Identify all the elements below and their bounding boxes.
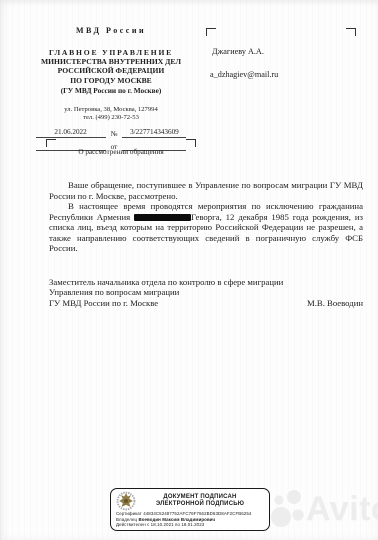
- certificate-label: Сертификат: [116, 511, 142, 516]
- document-page: МВД России ГЛАВНОЕ УПРАВЛЕНИЕ МИНИСТЕРСТ…: [0, 0, 378, 540]
- org-line-1: ГЛАВНОЕ УПРАВЛЕНИЕ: [30, 48, 192, 57]
- org-phone: тел. (499) 230-72-53: [30, 114, 192, 122]
- avito-watermark: Avito: [266, 486, 378, 532]
- e-signature-stamp: ДОКУМЕНТ ПОДПИСАН ЭЛЕКТРОННОЙ ПОДПИСЬЮ С…: [110, 488, 270, 531]
- addressee-email: a_dzhagiev@mail.ru: [210, 70, 278, 79]
- avito-watermark-text: Avito: [306, 490, 378, 529]
- letter-number: 3/227714343609: [122, 128, 186, 138]
- signer-position-line-1: Заместитель начальника отдела по контрол…: [49, 277, 363, 287]
- subject-field: О рассмотрении обращения: [46, 139, 196, 163]
- signer-position-line-2: Управления по вопросам миграции: [49, 287, 363, 297]
- corner-mark-left: [46, 139, 56, 147]
- org-name-top: МВД России: [30, 26, 192, 35]
- redacted-name-bar: [134, 214, 191, 221]
- letter-date: 21.06.2022: [36, 128, 106, 138]
- org-short-name: (ГУ МВД России по г. Москве): [30, 86, 192, 95]
- avito-logo-icon: [266, 486, 306, 532]
- addressee-block: Джагиеву А.А. a_dzhagiev@mail.ru: [206, 28, 356, 84]
- stamp-title-line-2: ЭЛЕКТРОННОЙ ПОДПИСЬЮ: [136, 501, 264, 508]
- corner-mark-right: [346, 28, 356, 36]
- paragraph-1: Ваше обращение, поступившее в Управление…: [49, 180, 363, 201]
- mvd-emblem-icon: [116, 491, 136, 511]
- stamp-title-line-1: ДОКУМЕНТ ПОДПИСАН: [136, 494, 264, 501]
- addressee-name: Джагиеву А.А.: [212, 47, 264, 56]
- certificate-value: 44834C52487752AFC76F7662BD63D8AF2CFB6254: [143, 511, 251, 516]
- signer-name: М.В. Воеводин: [307, 298, 363, 308]
- corner-mark-left: [206, 28, 216, 36]
- org-line-2: МИНИСТЕРСТВА ВНУТРЕННИХ ДЕЛ: [30, 57, 192, 66]
- org-line-3: РОССИЙСКОЙ ФЕДЕРАЦИИ: [30, 66, 192, 75]
- paragraph-2: В настоящее время проводятся мероприятия…: [49, 201, 363, 254]
- stamp-validity-line: Действителен с 18.10.2021 по 18.01.2023: [116, 522, 264, 528]
- letter-body: Ваше обращение, поступившее в Управление…: [49, 180, 363, 254]
- owner-value: Воеводин Максим Владимирович: [138, 517, 215, 522]
- signer-position-line-3: ГУ МВД России по г. Москве: [49, 298, 158, 308]
- signature-block: Заместитель начальника отдела по контрол…: [49, 277, 363, 308]
- org-line-4: ПО ГОРОДУ МОСКВЕ: [30, 76, 192, 85]
- subject-line: О рассмотрении обращения: [46, 139, 196, 156]
- letterhead: МВД России ГЛАВНОЕ УПРАВЛЕНИЕ МИНИСТЕРСТ…: [30, 26, 192, 151]
- owner-label: Владелец: [116, 517, 137, 522]
- org-address: ул. Петровка, 38, Москва, 127994: [30, 106, 192, 114]
- number-sign: №: [110, 130, 119, 138]
- corner-mark-right: [186, 139, 196, 147]
